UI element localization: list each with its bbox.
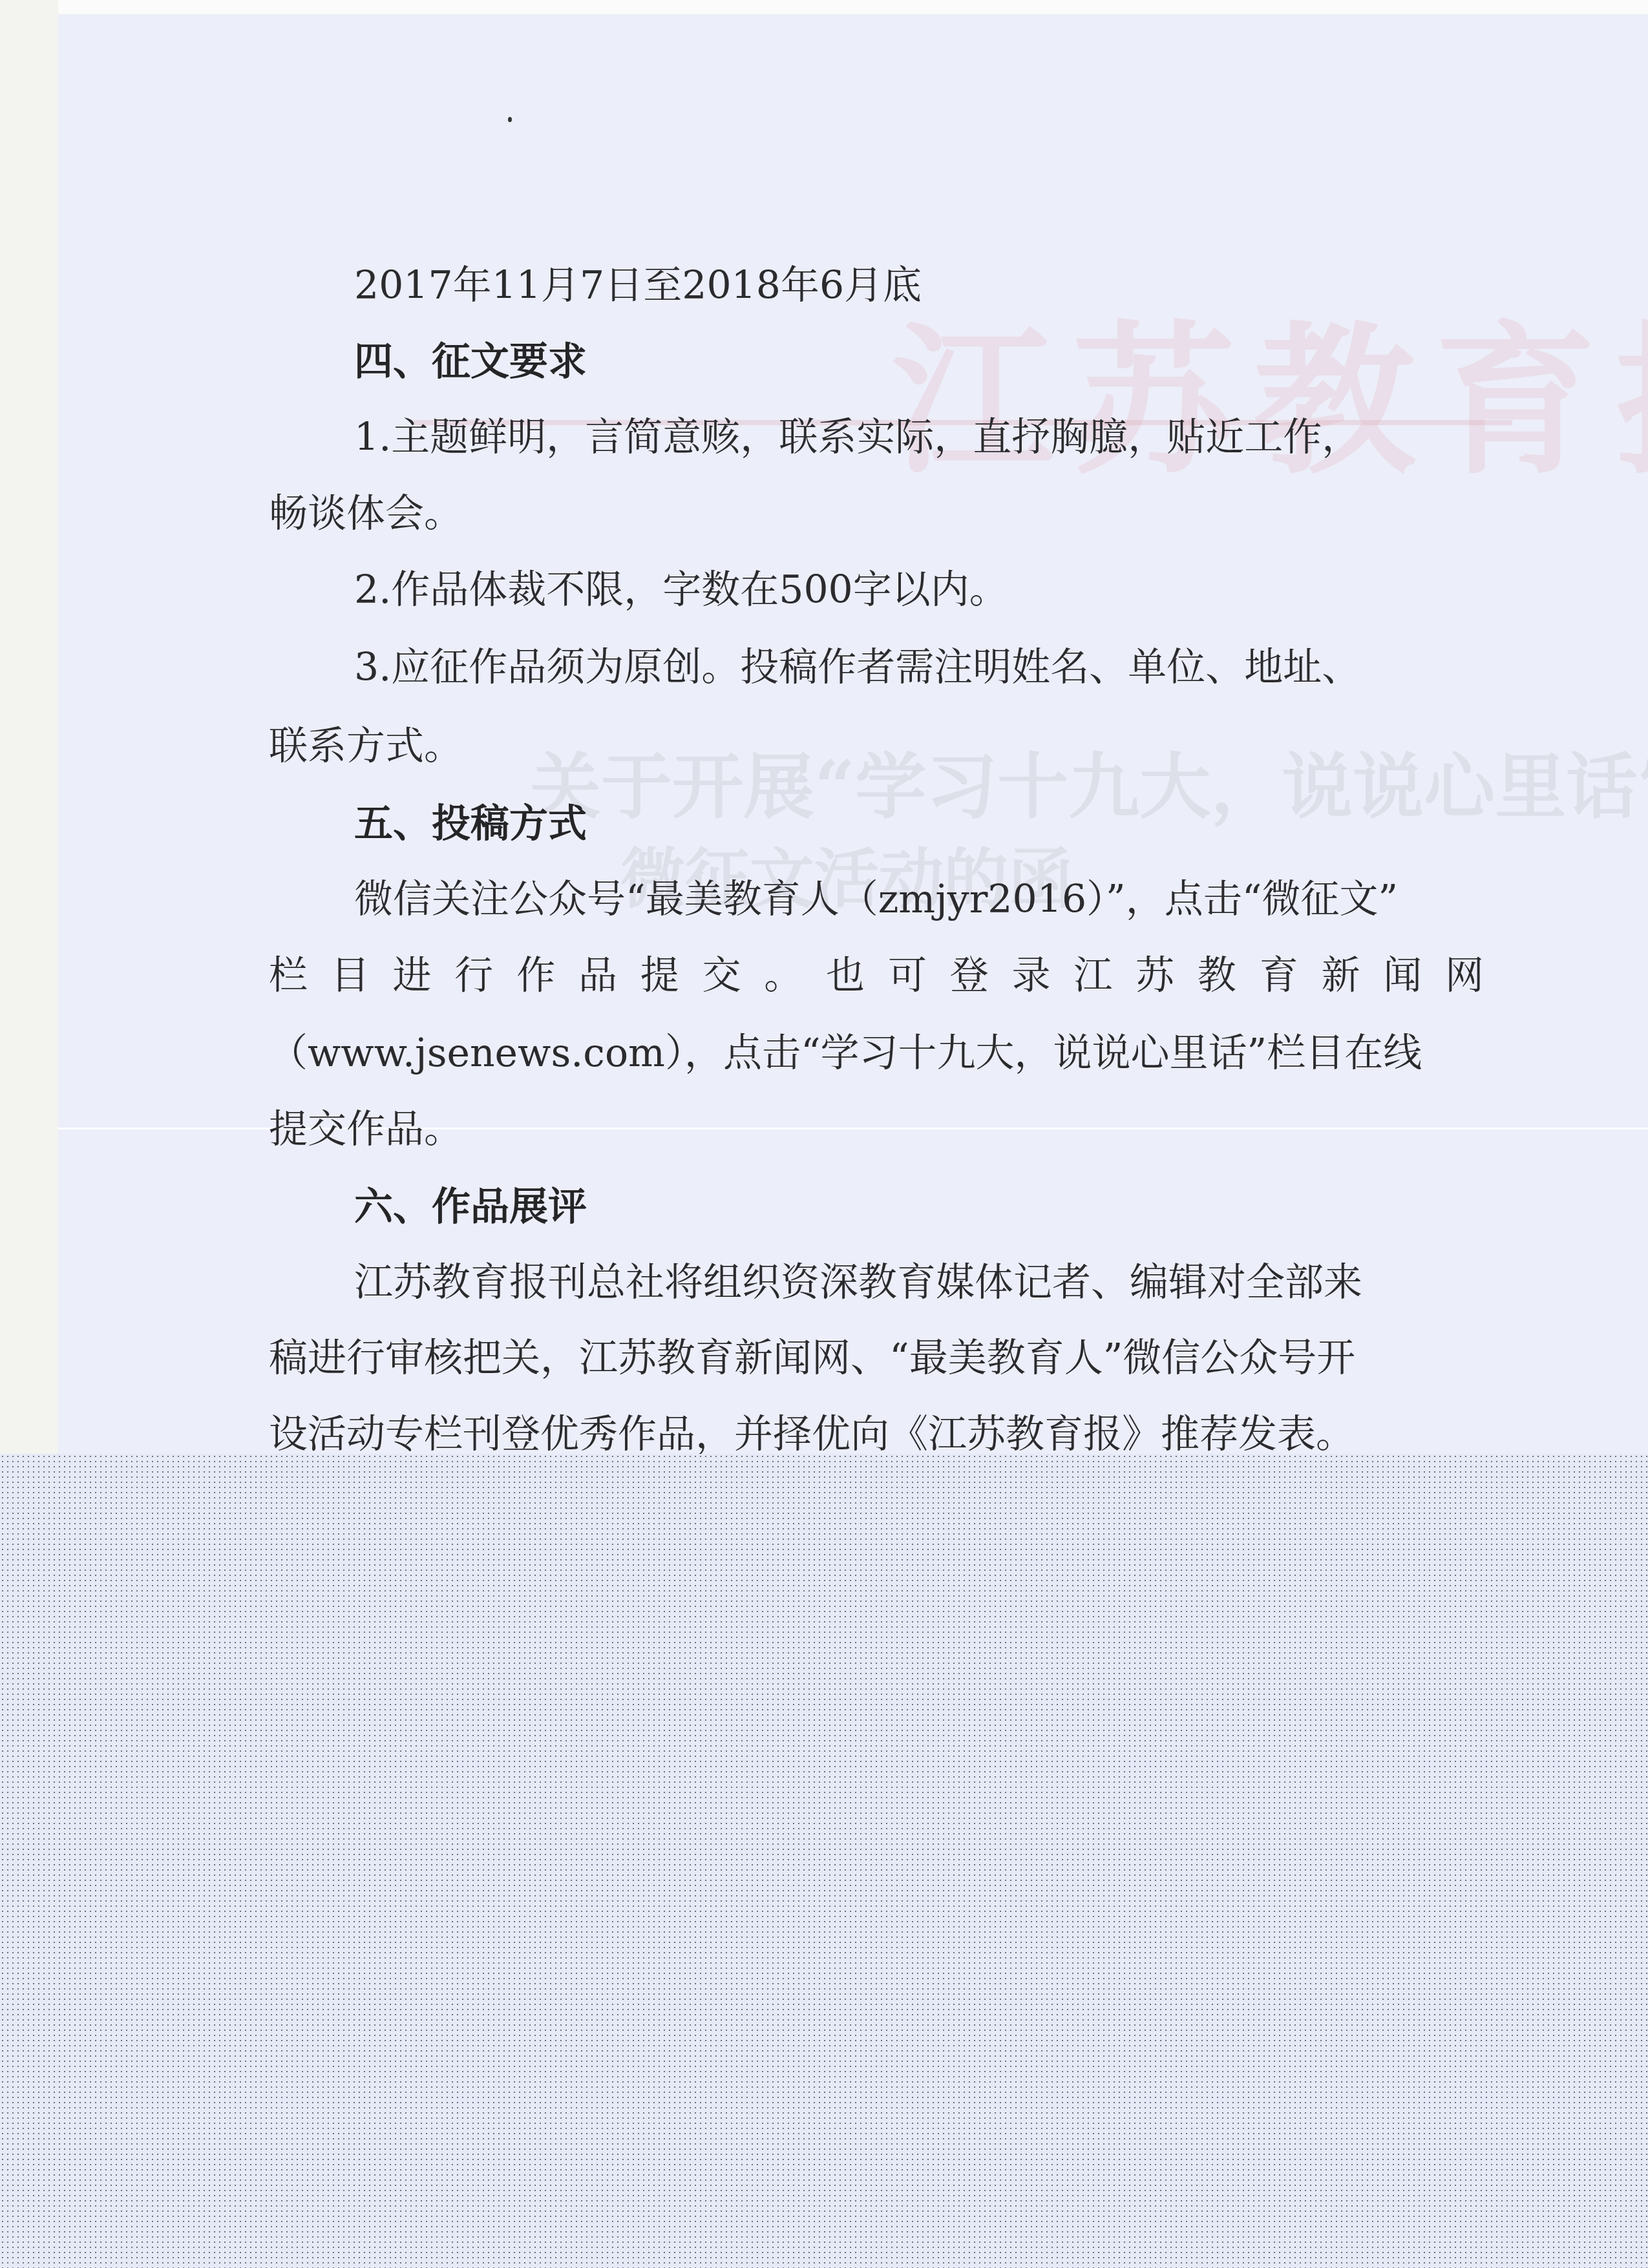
section-heading-requirements: 四、征文要求 <box>354 342 587 381</box>
review-line-2: 稿进行审核把关，江苏教育新闻网、“最美教育人”微信公众号开 <box>269 1339 1355 1378</box>
section-heading-submission: 五、投稿方式 <box>354 804 587 843</box>
section-heading-review: 六、作品展评 <box>354 1188 587 1226</box>
submission-line-1: 微信关注公众号“最美教育人（zmjyr2016）”，点击“微征文” <box>354 880 1398 919</box>
scanner-edge-top <box>0 0 1648 14</box>
scan-speck <box>508 117 512 122</box>
scanner-edge-left <box>0 0 58 1454</box>
date-range-line: 2017年11月7日至2018年6月底 <box>354 266 922 305</box>
requirements-line-4: 3.应征作品须为原创。投稿作者需注明姓名、单位、地址、 <box>354 648 1360 687</box>
requirements-line-1: 1.主题鲜明，言简意赅，联系实际，直抒胸臆，贴近工作， <box>354 418 1360 457</box>
requirements-line-2: 畅谈体会。 <box>269 494 463 533</box>
submission-line-2: 栏目进行作品提交。也可登录江苏教育新闻网 <box>269 956 1484 995</box>
submission-line-3: （www.jsenews.com），点击“学习十九大，说说心里话”栏目在线 <box>269 1034 1422 1073</box>
halftone-blank-region <box>0 1454 1648 2268</box>
requirements-line-5: 联系方式。 <box>269 727 463 766</box>
review-line-1: 江苏教育报刊总社将组织资深教育媒体记者、编辑对全部来 <box>354 1263 1362 1302</box>
requirements-line-3: 2.作品体裁不限，字数在500字以内。 <box>354 571 1008 609</box>
review-line-3: 设活动专栏刊登优秀作品，并择优向《江苏教育报》推荐发表。 <box>269 1415 1355 1454</box>
submission-line-4: 提交作品。 <box>269 1110 463 1149</box>
